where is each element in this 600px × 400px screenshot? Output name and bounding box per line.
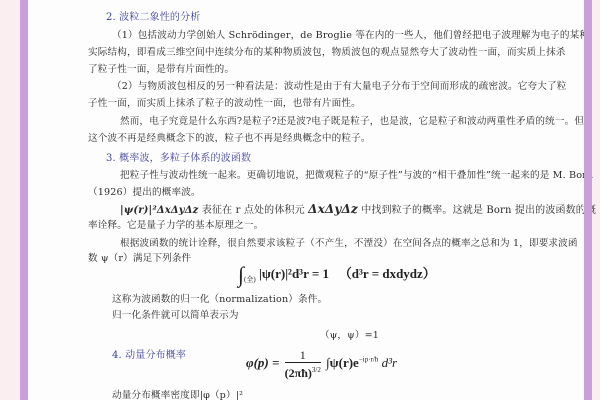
paragraph-line: 动量分布概率密度即|φ（p）|² [112,390,243,400]
formula-inline-volume: ΔxΔyΔz [308,202,358,216]
paragraph-line: 把粒子性与波动性统一起来。更确切地说，把微观粒子的“原子性”与波的“相干叠加性”… [120,170,593,182]
paragraph-line: 了粒子性一面，是带有片面性的。 [88,64,234,76]
paragraph-line: 数 ψ（r）满足下列条件 [88,253,191,265]
section-heading-4: 4. 动量分布概率 [112,350,186,362]
document-page: 2. 波粒二象性的分析 （1）包括波动力学创始人 Schrödinger，de … [28,0,584,400]
paragraph-line: （1）包括波动力学创始人 Schrödinger，de Broglie 等在内的… [112,30,589,42]
right-border [584,0,592,400]
section-heading-2: 2. 波粒二象性的分析 [106,12,200,24]
momentum-equation: φ(p) = 1 (2πħ)3/2 ∫ψ(r)e−ip·r/ħ d³r [246,348,397,380]
paragraph-line-formula: |ψ(r)|²ΔxΔyΔz 表征在 r 点处的体积元 ΔxΔyΔz 中找到粒子的… [120,203,596,217]
fraction: 1 (2πħ)3/2 [285,348,321,380]
paragraph-line: 这个波不再是经典概念下的波，粒子也不再是经典概念中的粒子。 [88,133,371,145]
paragraph-line: 实际结构，即看成三维空间中连续分布的某种物质波包，物质波包的观点显然夸大了波动性… [88,47,565,59]
formula-inline-probability: |ψ(r)|²ΔxΔyΔz [120,205,198,216]
paragraph-line: 这称为波函数的归一化（normalization）条件。 [112,294,327,306]
normalization-equation: ∫(全) |ψ(r)|²d³r = 1 （d³r = dxdydz） [238,262,436,288]
paragraph-line: 根据波函数的统计诠释，很自然要求该粒子（不产生，不湮没）在空间各点的概率之总和为… [120,238,578,250]
section-heading-3: 3. 概率波，多粒子体系的波函数 [106,153,251,165]
left-border [20,0,28,400]
paragraph-line: 然而，电子究竟是什么东西?是粒子?还是波?电子既是粒子，也是波，它是粒子和波动两… [120,116,584,128]
paragraph-line: （1926）提出的概率波。 [88,187,201,199]
paragraph-line: 率诠释。它是量子力学的基本原理之一。 [88,220,263,232]
inner-product-equation: （ψ，ψ）=1 [320,330,379,342]
paragraph-line: （2）与物质波包相反的另一种看法是：波动性是由于有大量电子分布于空间而形成的疏密… [112,81,566,93]
paragraph-line: 归一化条件就可以简单表示为 [112,310,239,322]
paragraph-line: 子性一面，而实质上抹杀了粒子的波动性一面，也带有片面性。 [88,98,361,110]
